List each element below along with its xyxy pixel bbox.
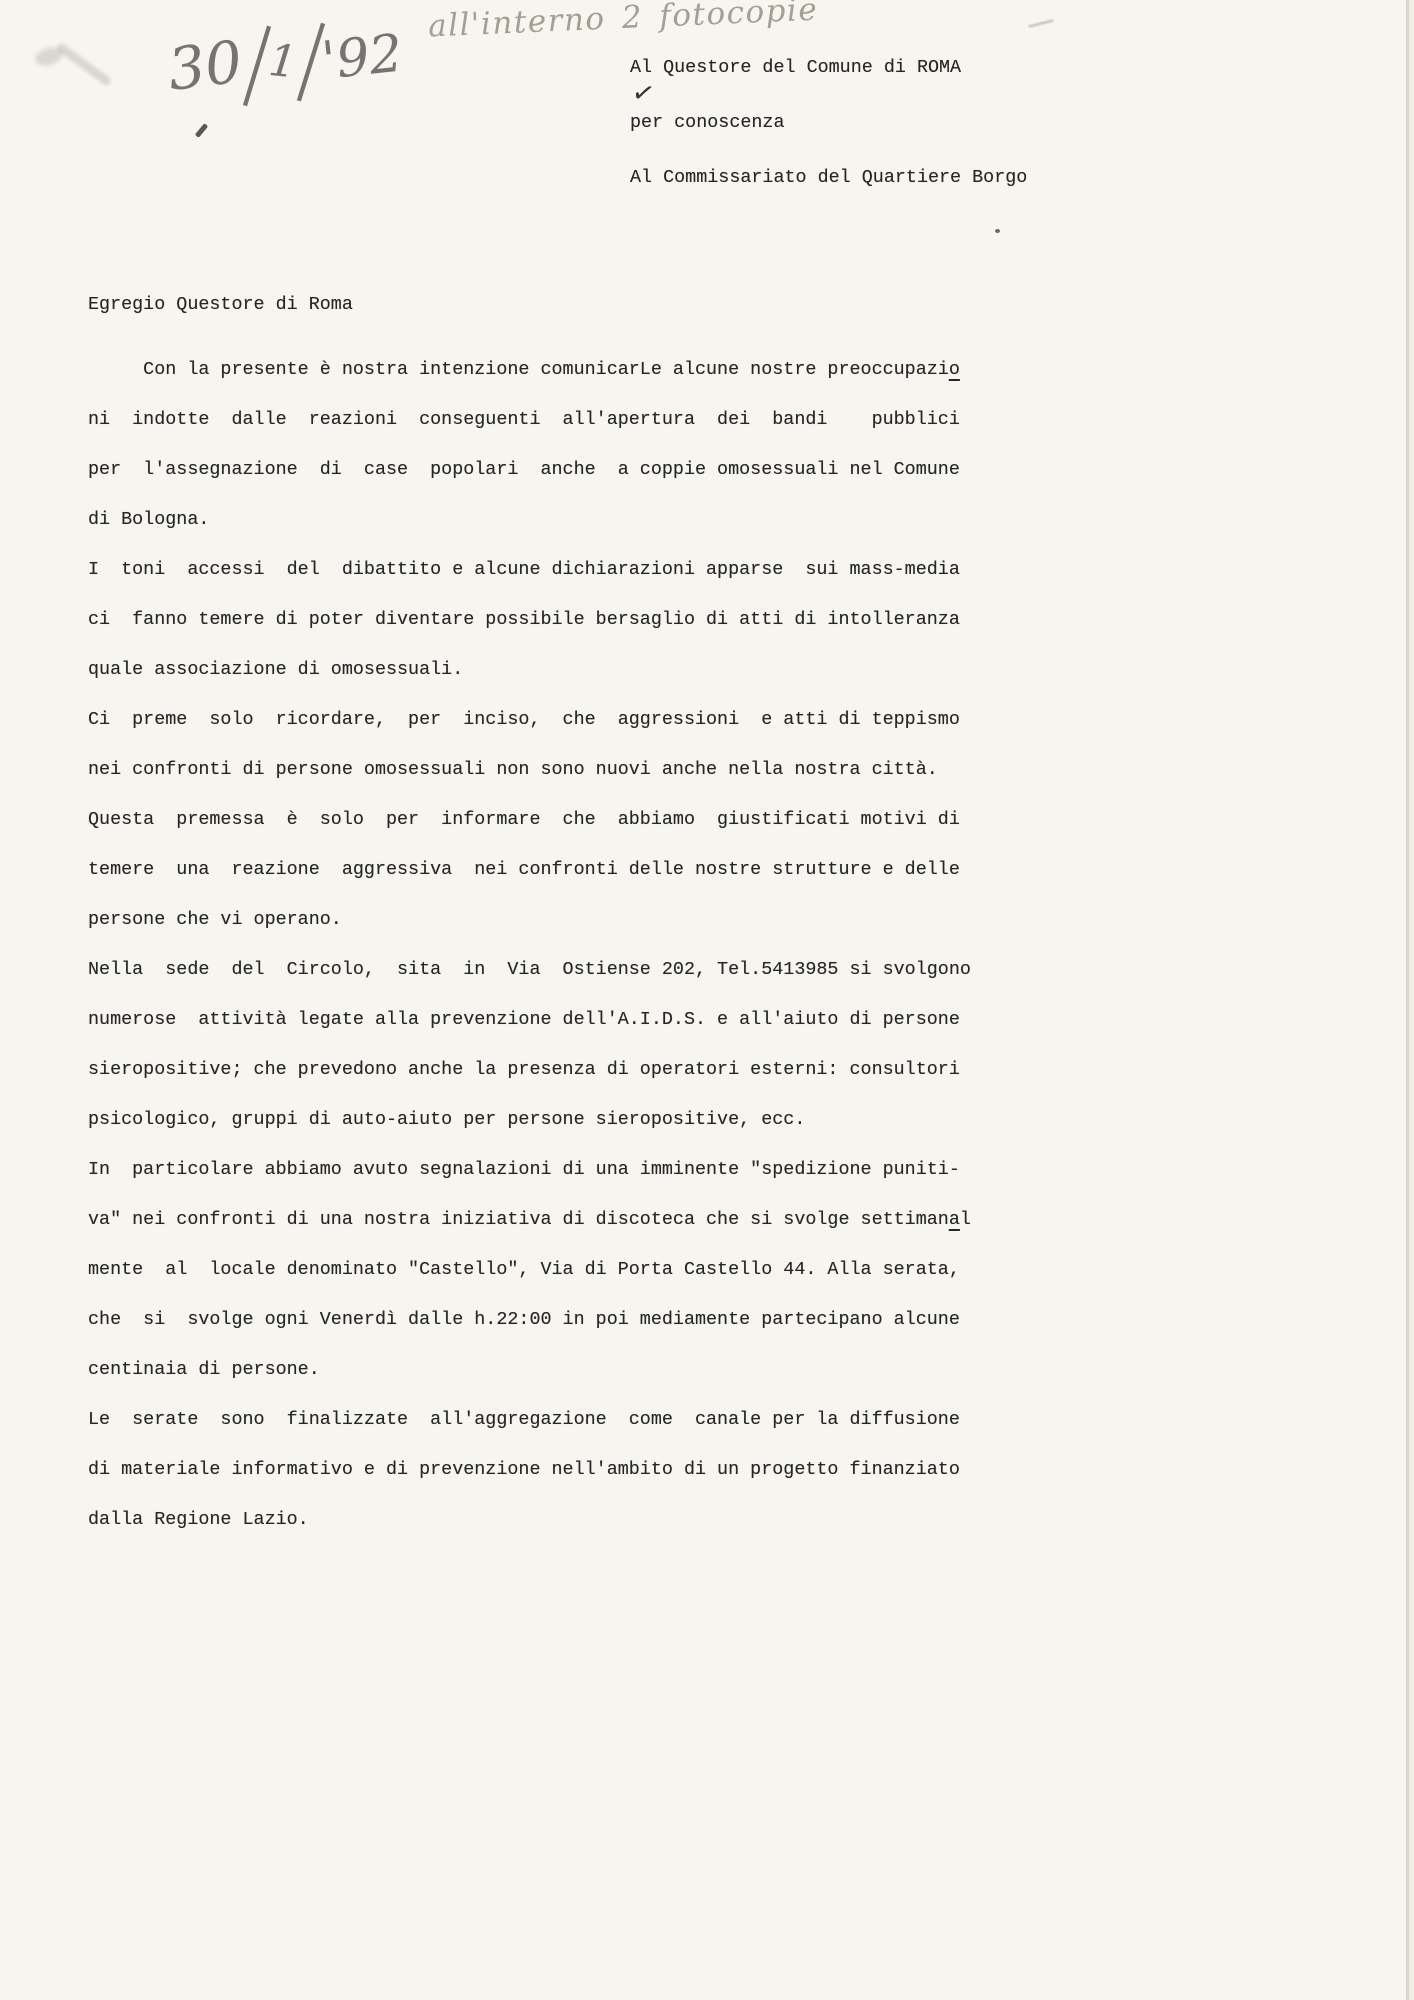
body-line: temere una reazione aggressiva nei confr… (88, 845, 971, 895)
body-line: numerose attività legate alla prevenzion… (88, 995, 971, 1045)
date-slash: / (301, 0, 322, 123)
letter-page: all'interno 2 fotocopie 30/1/'92 ✓ Al Qu… (0, 0, 1414, 2000)
body-line: ni indotte dalle reazioni conseguenti al… (88, 395, 971, 445)
body-line: Le serate sono finalizzate all'aggregazi… (88, 1395, 971, 1445)
date-month: 1 (267, 35, 300, 89)
scan-smudge-streak (55, 42, 112, 87)
body-line: Questa premessa è solo per informare che… (88, 795, 971, 845)
scan-edge-shadow (1406, 0, 1409, 2000)
body-line: di Bologna. (88, 495, 971, 545)
recipient-line: Al Commissariato del Quartiere Borgo (630, 150, 1027, 205)
body-line: Con la presente è nostra intenzione comu… (88, 345, 971, 395)
body-line: ci fanno temere di poter diventare possi… (88, 595, 971, 645)
handwritten-date: 30/1/'92 (166, 18, 405, 102)
body-line: quale associazione di omosessuali. (88, 645, 971, 695)
body-line: Nella sede del Circolo, sita in Via Osti… (88, 945, 971, 995)
body-line: per l'assegnazione di case popolari anch… (88, 445, 971, 495)
scan-edge (1409, 0, 1414, 2000)
body-line: nei confronti di persone omosessuali non… (88, 745, 971, 795)
recipient-line: per conoscenza (630, 95, 1027, 150)
body-line: va" nei confronti di una nostra iniziati… (88, 1195, 971, 1245)
body-line: persone che vi operano. (88, 895, 971, 945)
ink-dot (995, 229, 1000, 233)
body-line: psicologico, gruppi di auto-aiuto per pe… (88, 1095, 971, 1145)
body-lines: Con la presente è nostra intenzione comu… (88, 345, 971, 1545)
recipient-line: Al Questore del Comune di ROMA (630, 40, 1027, 95)
body-line: Ci preme solo ricordare, per inciso, che… (88, 695, 971, 745)
body-line: sieropositive; che prevedono anche la pr… (88, 1045, 971, 1095)
body-line: In particolare abbiamo avuto segnalazion… (88, 1145, 971, 1195)
salutation: Egregio Questore di Roma (88, 280, 353, 330)
handwritten-photocopies-note: all'interno 2 fotocopie (427, 0, 818, 44)
body-line: dalla Regione Lazio. (88, 1495, 971, 1545)
faint-pen-mark (1028, 19, 1054, 28)
body-line: di materiale informativo e di prevenzion… (88, 1445, 971, 1495)
date-slash: / (247, 2, 268, 129)
date-day: 30 (164, 27, 246, 103)
body-line: centinaia di persone. (88, 1345, 971, 1395)
body-line: I toni accessi del dibattito e alcune di… (88, 545, 971, 595)
ink-tick-mark (195, 123, 208, 138)
date-year: '92 (319, 24, 405, 92)
recipients: Al Questore del Comune di ROMAper conosc… (630, 40, 1027, 205)
body-line: mente al locale denominato "Castello", V… (88, 1245, 971, 1295)
body-line: che si svolge ogni Venerdì dalle h.22:00… (88, 1295, 971, 1345)
